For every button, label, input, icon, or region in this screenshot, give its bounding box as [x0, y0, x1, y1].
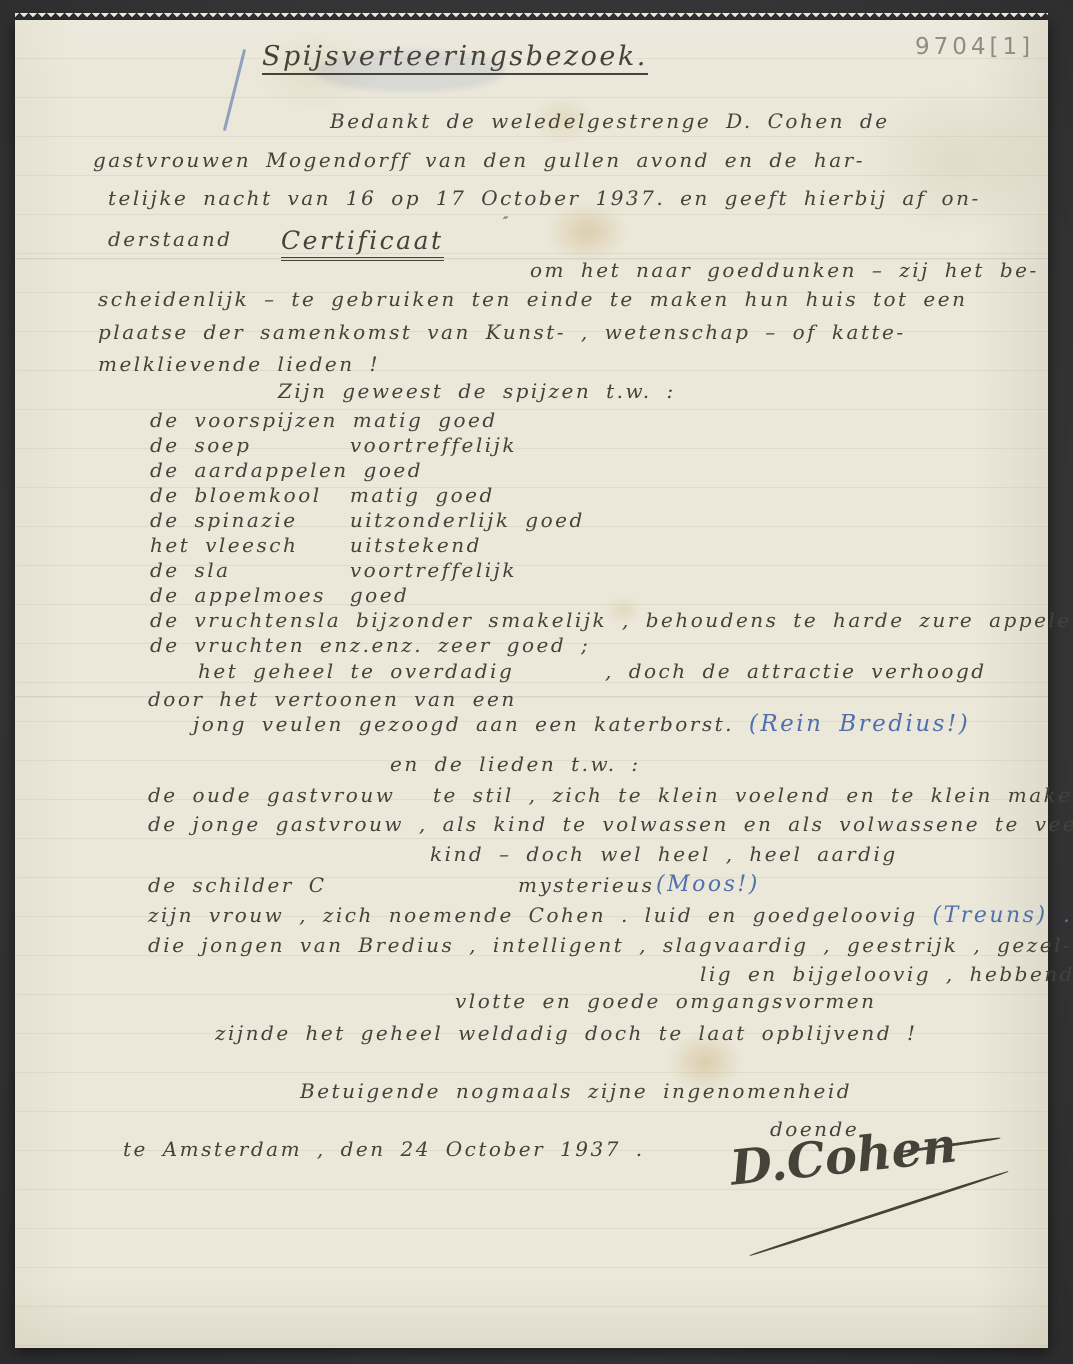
handwritten-line: D.Cohen — [729, 1132, 958, 1184]
handwritten-line: die jongen van Bredius , intelligent , s… — [148, 932, 1072, 960]
handwritten-line: ″ — [503, 210, 511, 238]
handwritten-line: te Amsterdam , den 24 October 1937 . — [123, 1136, 645, 1164]
handwritten-line: gastvrouwen Mogendorff van den gullen av… — [93, 147, 865, 175]
handwritten-line: en de lieden t.w. : — [390, 751, 641, 779]
handwritten-line: Certificaat — [281, 228, 444, 256]
handwritten-line: de spinazie uitzonderlijk goed — [150, 507, 585, 535]
handwritten-line: de aardappelen goed — [150, 457, 423, 485]
handwritten-line: de bloemkool matig goed — [150, 482, 495, 510]
handwritten-line: door het vertoonen van een — [148, 686, 517, 714]
handwritten-line: om het naar goeddunken – zij het be- — [530, 257, 1039, 285]
handwritten-line: de schilder Cmysterieus(Moos!) — [148, 872, 327, 900]
handwritten-line: zijnde het geheel weldadig doch te laat … — [215, 1020, 918, 1048]
handwritten-line: plaatse der samenkomst van Kunst- , wete… — [98, 319, 906, 347]
handwritten-line: zijn vrouw , zich noemende Cohen . luid … — [148, 902, 1073, 930]
handwritten-line: lig en bijgeloovig , hebbende — [700, 961, 1073, 989]
letter-paper: 9704[1]Spijsverteeringsbezoek.Bedankt de… — [15, 20, 1048, 1348]
handwritten-line: Bedankt de weledelgestrenge D. Cohen de — [330, 108, 890, 136]
handwritten-line: 9704[1] — [915, 34, 1034, 62]
handwritten-line: Spijsverteeringsbezoek. — [262, 44, 648, 72]
handwritten-line: derstaand — [108, 226, 233, 254]
handwritten-line: het vleesch uitstekend — [150, 532, 482, 560]
torn-top-edge — [15, 13, 1048, 20]
handwritten-line: het geheel te overdadig, doch de attract… — [198, 658, 514, 686]
handwritten-line: de appelmoes goed — [150, 582, 409, 610]
handwritten-line: telijke nacht van 16 op 17 October 1937.… — [108, 185, 981, 213]
handwritten-line: de voorspijzen matig goed — [150, 407, 498, 435]
handwritten-line: de oude gastvrouwte stil , zich te klein… — [148, 782, 395, 810]
scan-background: { "document_type": "handwritten letter (… — [0, 0, 1073, 1364]
handwritten-line: kind – doch wel heel , heel aardig — [430, 841, 898, 869]
handwritten-line: Betuigende nogmaals zijne ingenomenheid — [300, 1078, 852, 1106]
handwritten-line: de vruchtensla bijzonder smakelijk , beh… — [150, 607, 1073, 635]
handwritten-line: jong veulen gezoogd aan een katerborst. … — [193, 711, 970, 739]
blue-pencil-bracket — [223, 49, 246, 131]
handwritten-line: vlotte en goede omgangsvormen — [455, 988, 877, 1016]
handwritten-line: scheidenlijk – te gebruiken ten einde te… — [98, 286, 967, 314]
handwritten-line: de jonge gastvrouw , als kind te volwass… — [148, 811, 1073, 839]
handwritten-line: de sla voortreffelijk — [150, 557, 517, 585]
handwritten-line: de soep voortreffelijk — [150, 432, 517, 460]
handwritten-line: Zijn geweest de spijzen t.w. : — [278, 378, 676, 406]
handwritten-line: melklievende lieden ! — [98, 351, 380, 379]
handwritten-line: de vruchten enz.enz. zeer goed ; — [150, 632, 590, 660]
